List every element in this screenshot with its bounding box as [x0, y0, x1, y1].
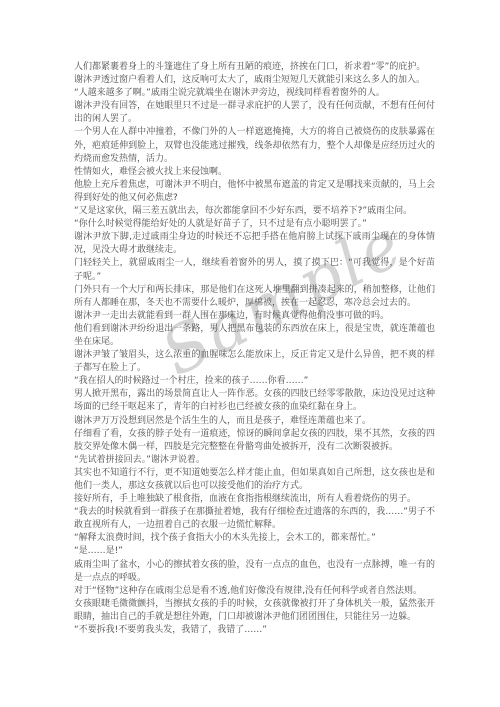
- paragraph: 他们看到谢沐尹纷纷退出一条路，男人把黑布包装的东西放在床上，很是宝贵，就连萧蕴也…: [74, 323, 435, 349]
- paragraph: 谢沐尹一走出去就能看到一群人围在那床边，有时候真觉得他们没事可做的吗。: [74, 310, 435, 323]
- paragraph: 谢沐尹万万没想到居然是个活生生的人，而且是孩子，难怪连萧蕴也来了。: [74, 415, 435, 428]
- paragraph: “解释太浪费时间，找个孩子食指大小的木头先接上，会木工的，都来帮忙。”: [74, 532, 435, 545]
- paragraph: “先试着拼接回去。”谢沐尹说着。: [74, 454, 435, 467]
- paragraph: 门轻轻关上，就留戚雨尘一人，继续看着窗外的男人，摸了摸下巴：“可我觉得，是个好苗…: [74, 257, 435, 283]
- paragraph: “人越来越多了啊。”戚雨尘说完就端坐在谢沐尹旁边，视线同样看着窗外的人。: [74, 87, 435, 100]
- paragraph: 对于“怪物”这种存在戚雨尘总是看不透,他们好像没有规律,没有任何科学或者自然法则…: [74, 585, 435, 598]
- paragraph: 性情如火，难怪会被火找上来侵蚀啊。: [74, 166, 435, 179]
- paragraph: 戚雨尘叫了盆水，小心的擦拭着女孩的脸，没有一点点的血色，也没有一点脉搏，唯一有的…: [74, 559, 435, 585]
- paragraph: 谢沐尹放下脚,走过戚雨尘身边的时候还不忘把手搭在他肩膀上试探下戚雨尘现在的身体情…: [74, 231, 435, 257]
- paragraph: 谢沐尹皱了皱眉头，这么浓重的血腥味怎么能放床上，反正肯定又是什么异兽，把不爽的样…: [74, 349, 435, 375]
- paragraph: 谢沐尹没有回答，在她眼里只不过是一群寻求庇护的人罢了，没有任何贡献，不想有任何付…: [74, 100, 435, 126]
- paragraph: 人们都紧裹着身上的斗篷遮住了身上所有丑陋的痕迹，挤挨在门口，祈求着“零”的庇护。: [74, 61, 435, 74]
- paragraph: “不要拆我!不要剪我头发，我错了，我错了……”: [74, 624, 435, 637]
- paragraph: “是……是!”: [74, 545, 435, 558]
- paragraph: 谢沐尹透过窗户看着人们，这反响可太大了，戚雨尘短短几天就能引来这么多人的加入。: [74, 74, 435, 87]
- paragraph: “我在招人的时候路过一个村庄，捡来的孩子……你看……”: [74, 375, 435, 388]
- novel-page: Sample 人们都紧裹着身上的斗篷遮住了身上所有丑陋的痕迹，挤挨在门口，祈求着…: [0, 0, 500, 707]
- paragraph: “又是这家伙，隔三差五就出去，每次都能拿回不少好东西，要不培养下?”戚雨尘问。: [74, 205, 435, 218]
- paragraph: “我去的时候就看到一群孩子在那撕扯着她，我有仔细检查过遗落的东西的，我……”男子…: [74, 506, 435, 532]
- paragraph: 他脸上充斥着焦虑，可谢沐尹不明白，他怀中被黑布遮盖的肯定又是哪找来贡献的，马上会…: [74, 179, 435, 205]
- paragraph: 一个男人在人群中冲撞着，不像门外的人一样遮遮掩掩，大方的将自己被烧伤的皮肤暴露在…: [74, 126, 435, 165]
- paragraph: “你什么时候觉得能给好处的人就是好苗子了，只不过是有点小聪明罢了。”: [74, 218, 435, 231]
- paragraph: 男人掀开黑布，露出的场景简直让人一阵作恶。女孩的四肢已经零零散散，床边没见过这种…: [74, 388, 435, 414]
- paragraph: 仔细看了看，女孩的脖子处有一道痕迹，惊讶的瞬间拿起女孩的四肢，果不其然，女孩的四…: [74, 428, 435, 454]
- novel-text: 人们都紧裹着身上的斗篷遮住了身上所有丑陋的痕迹，挤挨在门口，祈求着“零”的庇护。…: [74, 61, 435, 637]
- paragraph: 接好所有，手上唯独缺了根食指，血液在食指指根继续流出，所有人看着烧伤的男子。: [74, 493, 435, 506]
- paragraph: 女孩眼睫毛微微颤抖，当擦拭女孩的手的时候，女孩就像被打开了身体机关一般，猛然张开…: [74, 598, 435, 624]
- paragraph: 门外只有一个大厅和两长排床，那是他们在这死人堆里翻到拼凑起来的，稍加整修，让他们…: [74, 284, 435, 310]
- paragraph: 其实也不知道行不行，更不知道她要怎么样才能止血，但如果真如自己所想，这女孩也是和…: [74, 467, 435, 493]
